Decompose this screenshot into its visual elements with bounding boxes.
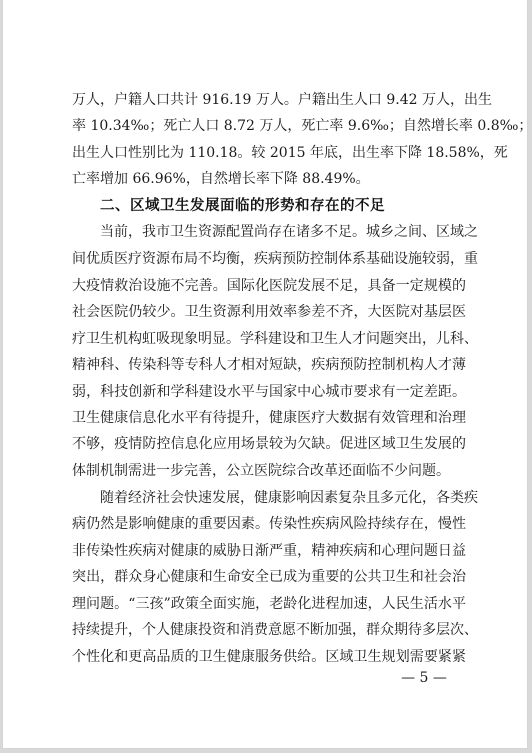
paragraph-2-line-6: 精神科、传染科等专科人才相对短缺，疾病预防控制机构人才薄 <box>72 355 466 375</box>
paragraph-3-line-4: 突出，群众身心健康和生命安全已成为重要的公共卫生和社会治 <box>72 567 466 587</box>
section-heading: 二、区域卫生发展面临的形势和存在的不足 <box>100 196 385 216</box>
document-page: 万人，户籍人口共计 916.19 万人。户籍出生人口 9.42 万人，出生 率 … <box>2 0 528 749</box>
paragraph-2-line-5: 疗卫生机构虹吸现象明显。学科建设和卫生人才问题突出，儿科、 <box>72 329 466 349</box>
paragraph-3-line-5: 理问题。“三孩”政策全面实施，老龄化进程加速，人民生活水平 <box>72 594 466 614</box>
paragraph-1-line-2: 率 10.34‰；死亡人口 8.72 万人，死亡率 9.6‰；自然增长率 0.8… <box>72 116 466 136</box>
paragraph-2-line-3: 大疫情救治设施不完善。国际化医院发展不足，具备一定规模的 <box>72 276 466 296</box>
paragraph-2-line-2: 间优质医疗资源布局不均衡，疾病预防控制体系基础设施较弱，重 <box>72 249 466 269</box>
paragraph-3-line-2: 病仍然是影响健康的重要因素。传染性疾病风险持续存在，慢性 <box>72 514 466 534</box>
paragraph-2-line-4: 社会医院仍较少。卫生资源利用效率参差不齐，大医院对基层医 <box>72 302 466 322</box>
paragraph-1-line-4: 亡率增加 66.96%，自然增长率下降 88.49%。 <box>72 169 466 189</box>
paragraph-3-line-3: 非传染性疾病对健康的威胁日渐严重，精神疾病和心理问题日益 <box>72 541 466 561</box>
paragraph-2-line-10: 体制机制需进一步完善，公立医院综合改革还面临不少问题。 <box>72 461 466 481</box>
paragraph-2-line-7: 弱，科技创新和学科建设水平与国家中心城市要求有一定差距。 <box>72 382 466 402</box>
paragraph-1-line-1: 万人，户籍人口共计 916.19 万人。户籍出生人口 9.42 万人，出生 <box>72 90 466 110</box>
page-number: — 5 — <box>399 668 449 688</box>
paragraph-3-line-7: 个性化和更高品质的卫生健康服务供给。区域卫生规划需要紧紧 <box>72 647 466 667</box>
paragraph-2-line-1: 当前，我市卫生资源配置尚存在诸多不足。城乡之间、区域之 <box>100 222 466 242</box>
paragraph-2-line-8: 卫生健康信息化水平有待提升，健康医疗大数据有效管理和治理 <box>72 408 466 428</box>
paragraph-3-line-1: 随着经济社会快速发展，健康影响因素复杂且多元化，各类疾 <box>100 488 466 508</box>
paragraph-1-line-3: 出生人口性别比为 110.18。较 2015 年底，出生率下降 18.58%，死 <box>72 143 466 163</box>
paragraph-2-line-9: 不够，疫情防控信息化应用场景较为欠缺。促进区域卫生发展的 <box>72 434 466 454</box>
paragraph-3-line-6: 持续提升，个人健康投资和消费意愿不断加强，群众期待多层次、 <box>72 620 466 640</box>
